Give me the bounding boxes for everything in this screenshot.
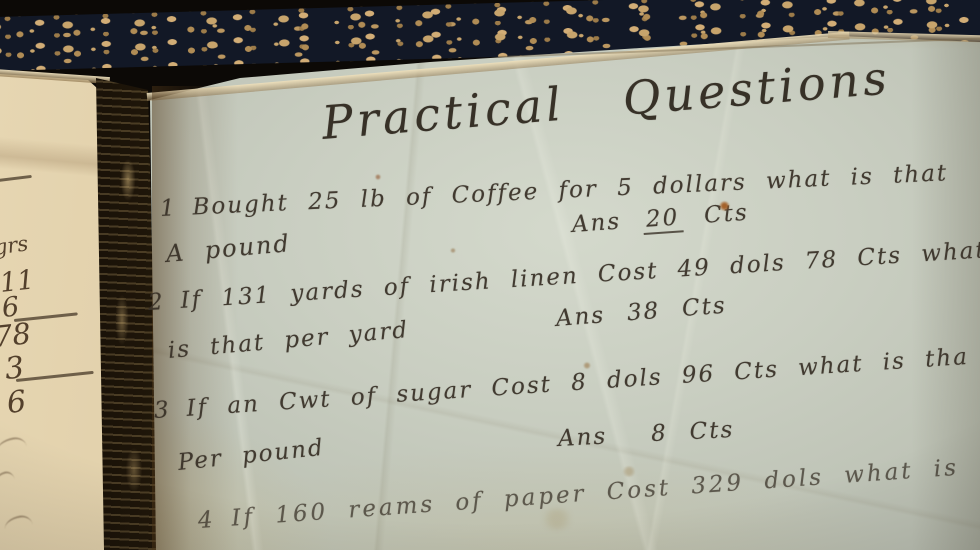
answer-label: Ans	[557, 423, 608, 452]
left-column-value: 3	[3, 350, 26, 387]
answer-value: 8	[650, 420, 668, 447]
left-column-unit-label: grs	[0, 231, 30, 260]
answer-label: Ans	[555, 302, 606, 332]
gutter-shadow	[152, 86, 238, 550]
photo-open-antique-copybook: grs 11 6 78 3 6 Practical Questions 1Bou…	[0, 0, 980, 550]
answer-value: 20	[642, 204, 683, 235]
question-2-number: 2	[147, 289, 165, 316]
foxing-spot	[540, 508, 574, 530]
foxing-spot	[622, 466, 636, 477]
foxing-spot	[583, 362, 591, 369]
answer-unit: Cts	[681, 293, 728, 322]
question-1-number: 1	[159, 195, 177, 222]
question-3-number: 3	[153, 397, 171, 424]
left-column-value: 6	[5, 384, 28, 421]
question-4-number: 4	[197, 507, 216, 534]
answer-label: Ans	[571, 209, 622, 240]
foxing-spot	[450, 248, 456, 253]
foxing-spot	[719, 201, 730, 211]
answer-value: 38	[626, 298, 661, 327]
foxing-spot	[375, 174, 381, 180]
left-column-value: 78	[0, 316, 32, 354]
answer-unit: Cts	[689, 417, 735, 445]
